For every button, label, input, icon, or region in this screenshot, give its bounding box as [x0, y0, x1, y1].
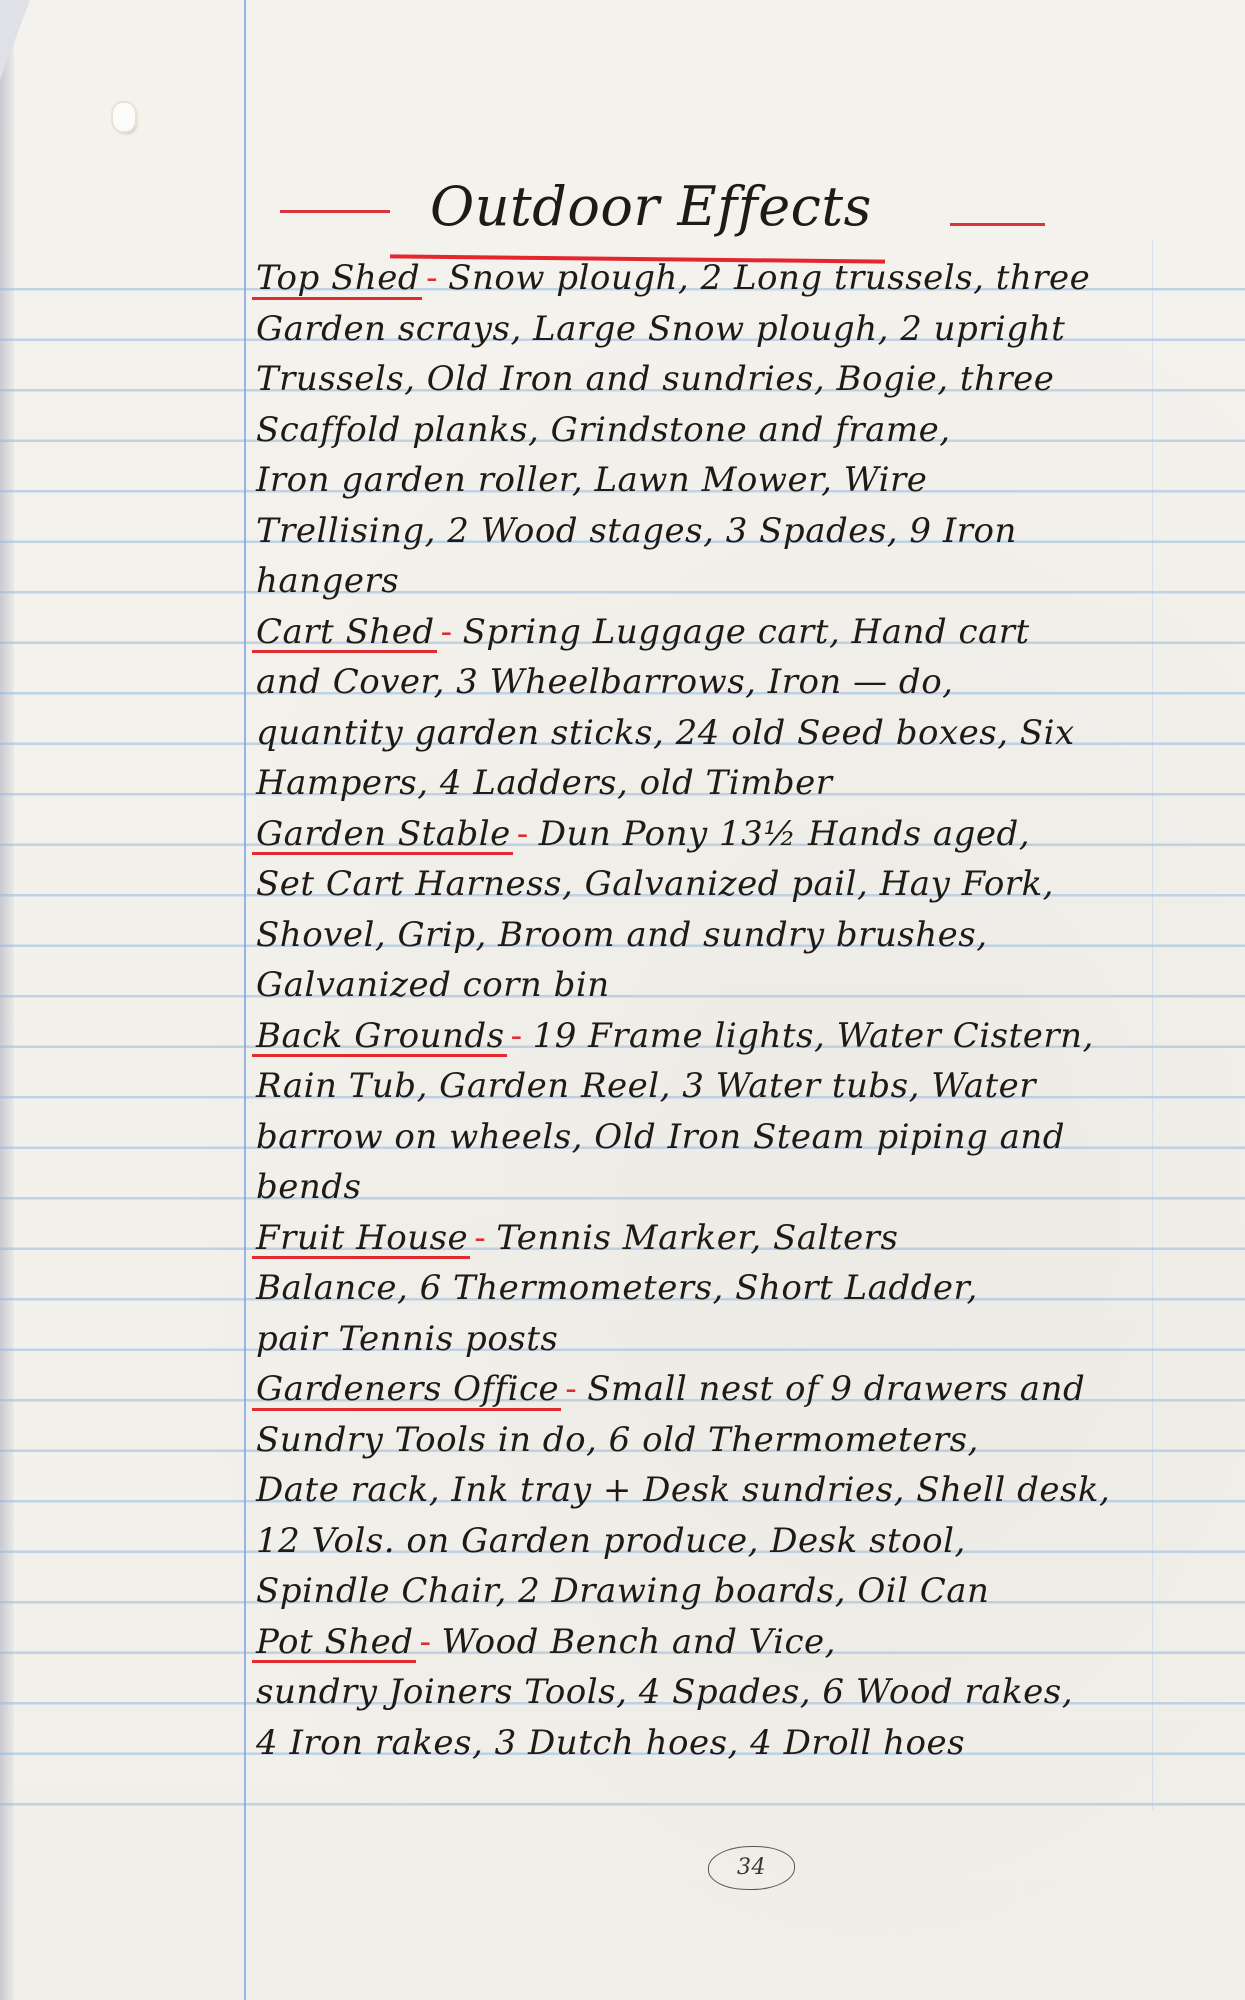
line-text: pair Tennis posts: [256, 1319, 558, 1359]
text-line: Rain Tub, Garden Reel, 3 Water tubs, Wat…: [250, 1061, 1230, 1112]
text-line: Garden Stable-Dun Pony 13½ Hands aged,: [250, 809, 1230, 860]
section-heading: Pot Shed: [256, 1617, 414, 1668]
line-text: 19 Frame lights, Water Cistern,: [533, 1016, 1094, 1056]
line-text: 4 Iron rakes, 3 Dutch hoes, 4 Droll hoes: [256, 1723, 965, 1763]
text-line: Gardeners Office-Small nest of 9 drawers…: [250, 1364, 1230, 1415]
line-text: Spindle Chair, 2 Drawing boards, Oil Can: [256, 1571, 989, 1611]
text-line: bends: [250, 1162, 1230, 1213]
line-text: Date rack, Ink tray + Desk sundries, She…: [256, 1470, 1110, 1510]
text-line: hangers: [250, 556, 1230, 607]
text-line: Trussels, Old Iron and sundries, Bogie, …: [250, 354, 1230, 405]
page-number: 34: [708, 1846, 795, 1890]
text-line: Shovel, Grip, Broom and sundry brushes,: [250, 910, 1230, 961]
line-text: Dun Pony 13½ Hands aged,: [539, 814, 1030, 854]
text-line: Balance, 6 Thermometers, Short Ladder,: [250, 1263, 1230, 1314]
red-dash: -: [420, 1622, 432, 1662]
line-text: sundry Joiners Tools, 4 Spades, 6 Wood r…: [256, 1672, 1073, 1712]
text-line: Date rack, Ink tray + Desk sundries, She…: [250, 1465, 1230, 1516]
text-line: Pot Shed-Wood Bench and Vice,: [250, 1617, 1230, 1668]
text-line: 12 Vols. on Garden produce, Desk stool,: [250, 1516, 1230, 1567]
line-text: quantity garden sticks, 24 old Seed boxe…: [256, 713, 1075, 753]
text-line: 4 Iron rakes, 3 Dutch hoes, 4 Droll hoes: [250, 1718, 1230, 1769]
line-text: and Cover, 3 Wheelbarrows, Iron — do,: [256, 662, 953, 702]
red-dash: -: [441, 612, 453, 652]
text-line: Top Shed-Snow plough, 2 Long trussels, t…: [250, 253, 1230, 304]
line-text: Trellising, 2 Wood stages, 3 Spades, 9 I…: [256, 511, 1017, 551]
text-line: barrow on wheels, Old Iron Steam piping …: [250, 1112, 1230, 1163]
text-line: Fruit House-Tennis Marker, Salters: [250, 1213, 1230, 1264]
line-text: barrow on wheels, Old Iron Steam piping …: [256, 1117, 1065, 1157]
page-corner: [0, 0, 30, 80]
section-heading: Gardeners Office: [256, 1364, 559, 1415]
text-line: Garden scrays, Large Snow plough, 2 upri…: [250, 304, 1230, 355]
line-text: Balance, 6 Thermometers, Short Ladder,: [256, 1268, 978, 1308]
red-dash: -: [426, 258, 438, 298]
text-line: Trellising, 2 Wood stages, 3 Spades, 9 I…: [250, 506, 1230, 557]
text-line: Scaffold planks, Grindstone and frame,: [250, 405, 1230, 456]
red-dash: -: [474, 1218, 486, 1258]
line-text: Scaffold planks, Grindstone and frame,: [256, 410, 951, 450]
title-red-dash-left: [280, 210, 390, 213]
line-text: Galvanized corn bin: [256, 965, 610, 1005]
text-line: Back Grounds-19 Frame lights, Water Cist…: [250, 1011, 1230, 1062]
line-text: Iron garden roller, Lawn Mower, Wire: [256, 460, 927, 500]
text-line: Iron garden roller, Lawn Mower, Wire: [250, 455, 1230, 506]
text-line: Galvanized corn bin: [250, 960, 1230, 1011]
ledger-page: Outdoor Effects Top Shed-Snow plough, 2 …: [0, 0, 1245, 2000]
line-text: Sundry Tools in do, 6 old Thermometers,: [256, 1420, 979, 1460]
punch-hole: [113, 103, 135, 131]
line-text: Tennis Marker, Salters: [496, 1218, 898, 1258]
line-text: Hampers, 4 Ladders, old Timber: [256, 763, 832, 803]
line-text: 12 Vols. on Garden produce, Desk stool,: [256, 1521, 966, 1561]
line-text: Wood Bench and Vice,: [442, 1622, 836, 1662]
text-line: Set Cart Harness, Galvanized pail, Hay F…: [250, 859, 1230, 910]
inventory-body: Top Shed-Snow plough, 2 Long trussels, t…: [250, 253, 1230, 1768]
text-line: Spindle Chair, 2 Drawing boards, Oil Can: [250, 1566, 1230, 1617]
text-line: Cart Shed-Spring Luggage cart, Hand cart: [250, 607, 1230, 658]
margin-line: [244, 0, 246, 2000]
section-heading: Fruit House: [256, 1213, 468, 1264]
text-line: pair Tennis posts: [250, 1314, 1230, 1365]
line-text: Garden scrays, Large Snow plough, 2 upri…: [256, 309, 1065, 349]
section-heading: Back Grounds: [256, 1011, 505, 1062]
line-text: Set Cart Harness, Galvanized pail, Hay F…: [256, 864, 1054, 904]
red-dash: -: [517, 814, 529, 854]
red-dash: -: [511, 1016, 523, 1056]
line-text: Small nest of 9 drawers and: [587, 1369, 1085, 1409]
line-text: Snow plough, 2 Long trussels, three: [448, 258, 1090, 298]
line-text: Trussels, Old Iron and sundries, Bogie, …: [256, 359, 1054, 399]
section-heading: Cart Shed: [256, 607, 435, 658]
line-text: Shovel, Grip, Broom and sundry brushes,: [256, 915, 988, 955]
title-red-dash-right: [950, 223, 1045, 226]
section-heading: Garden Stable: [256, 809, 511, 860]
text-line: and Cover, 3 Wheelbarrows, Iron — do,: [250, 657, 1230, 708]
page-title: Outdoor Effects: [430, 172, 872, 242]
red-dash: -: [565, 1369, 577, 1409]
text-line: sundry Joiners Tools, 4 Spades, 6 Wood r…: [250, 1667, 1230, 1718]
section-heading: Top Shed: [256, 253, 420, 304]
line-text: Spring Luggage cart, Hand cart: [463, 612, 1030, 652]
text-line: Sundry Tools in do, 6 old Thermometers,: [250, 1415, 1230, 1466]
line-text: Rain Tub, Garden Reel, 3 Water tubs, Wat…: [256, 1066, 1036, 1106]
line-text: bends: [256, 1167, 362, 1207]
text-line: quantity garden sticks, 24 old Seed boxe…: [250, 708, 1230, 759]
text-line: Hampers, 4 Ladders, old Timber: [250, 758, 1230, 809]
title-row: Outdoor Effects: [280, 180, 1050, 250]
line-text: hangers: [256, 561, 399, 601]
